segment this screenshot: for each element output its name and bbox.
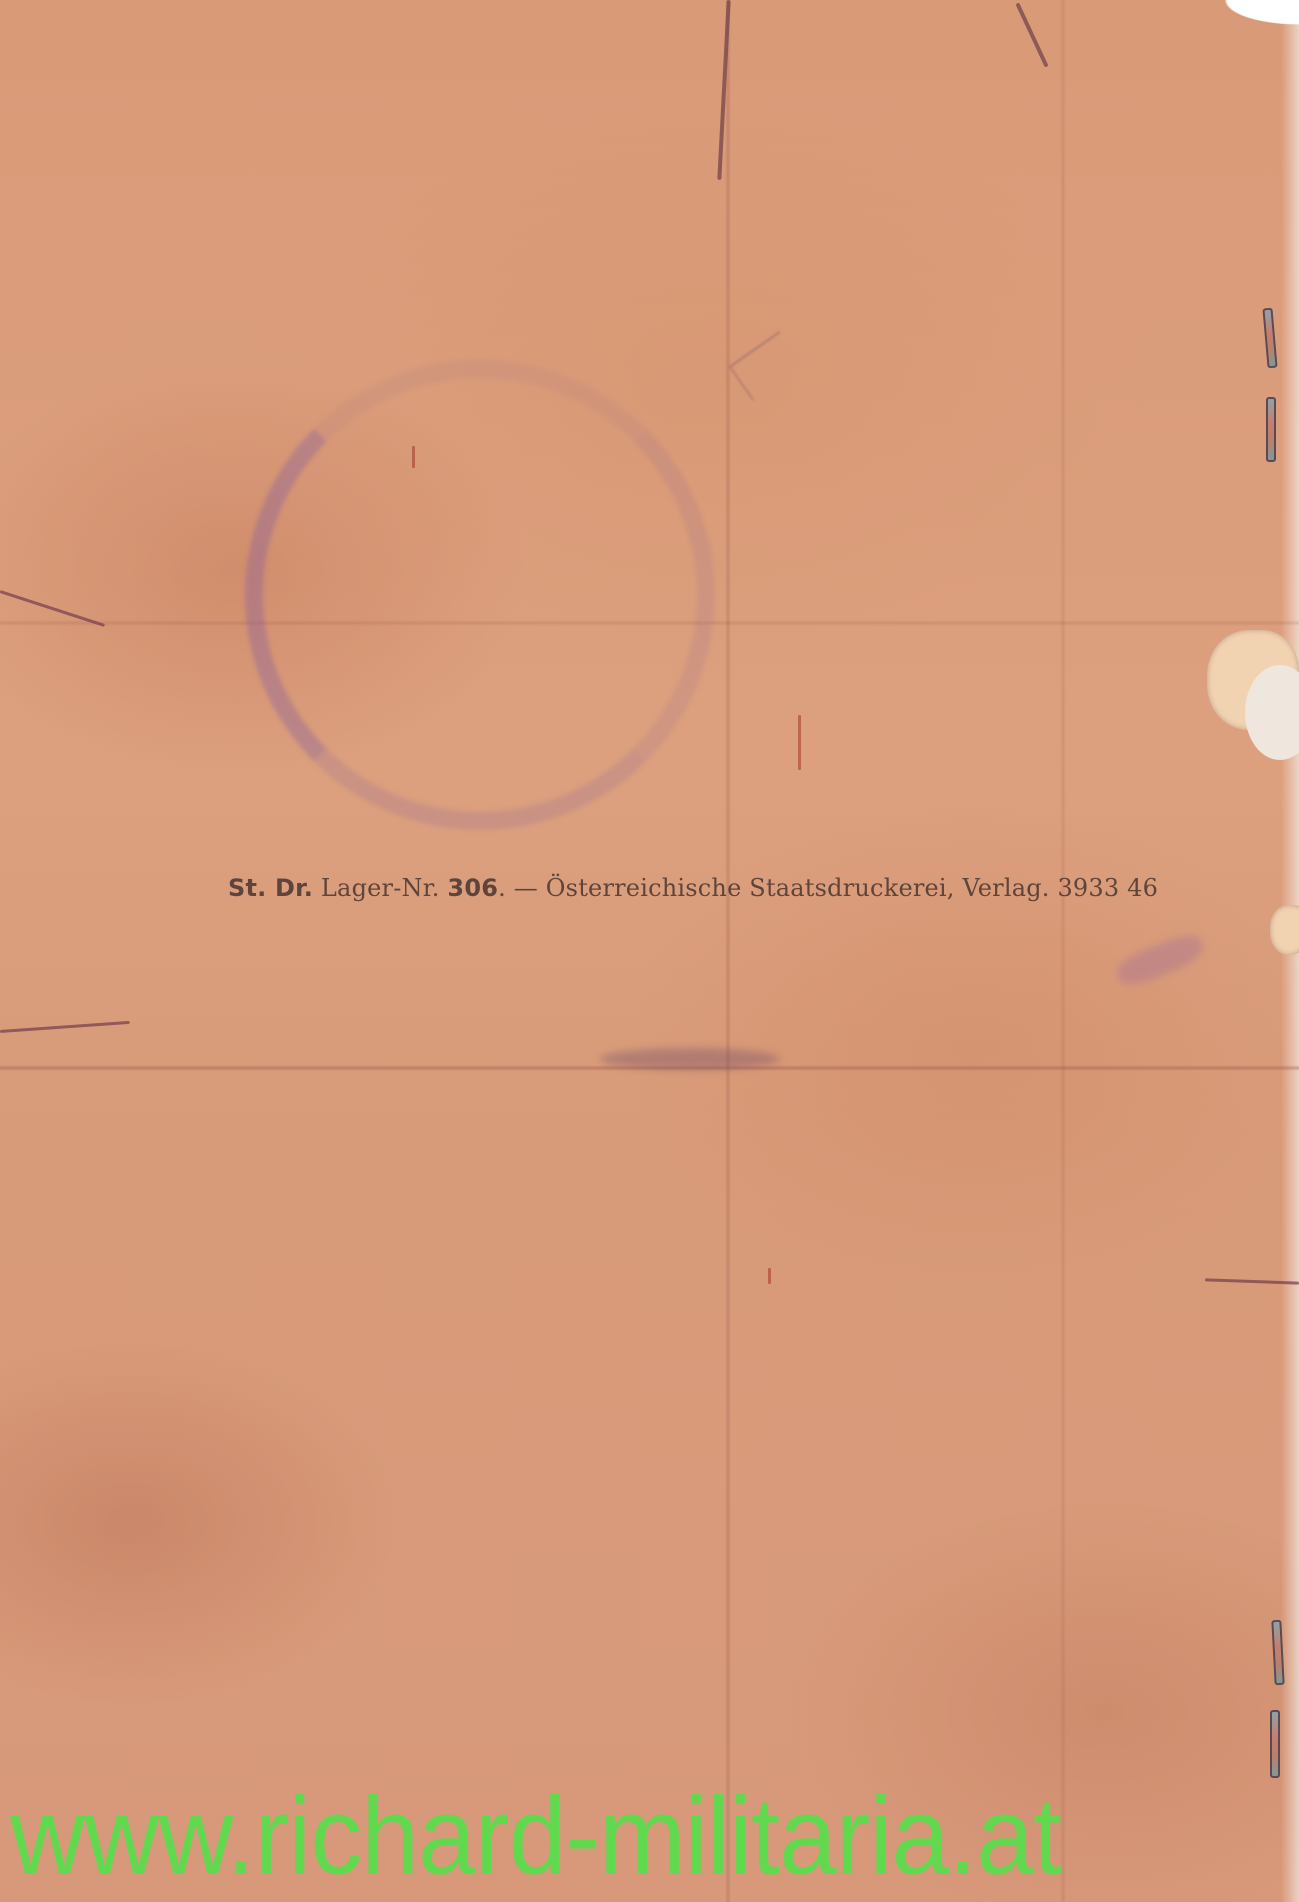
round-stamp <box>245 360 715 830</box>
imprint-publisher: . — Österreichische Staatsdruckerei, Ver… <box>498 874 1158 902</box>
paper-damage-patch <box>1270 905 1299 955</box>
fold-crease-vertical <box>1060 0 1066 1902</box>
imprint-stock-label: Lager-Nr. <box>313 874 447 902</box>
paper-tear <box>1015 2 1048 67</box>
stamp-fragment <box>1113 929 1208 991</box>
printer-imprint: St. Dr. Lager-Nr. 306. — Österreichische… <box>228 874 1208 902</box>
red-mark <box>768 1268 771 1284</box>
pencil-mark <box>729 331 804 401</box>
paper-tear <box>0 1021 130 1033</box>
imprint-abbrev: St. Dr. <box>228 874 313 902</box>
staple <box>1266 397 1276 462</box>
scanned-document-back: St. Dr. Lager-Nr. 306. — Österreichische… <box>0 0 1299 1902</box>
paper-edge-cut <box>1119 0 1299 40</box>
imprint-stock-number: 306 <box>447 874 498 902</box>
ink-smudge <box>600 1048 780 1070</box>
red-mark <box>412 446 415 468</box>
staple <box>1270 1710 1280 1778</box>
website-watermark: www.richard-militaria.at <box>10 1782 1299 1891</box>
fold-crease-vertical <box>725 0 731 1902</box>
staple <box>1262 308 1277 369</box>
red-mark <box>798 715 801 770</box>
